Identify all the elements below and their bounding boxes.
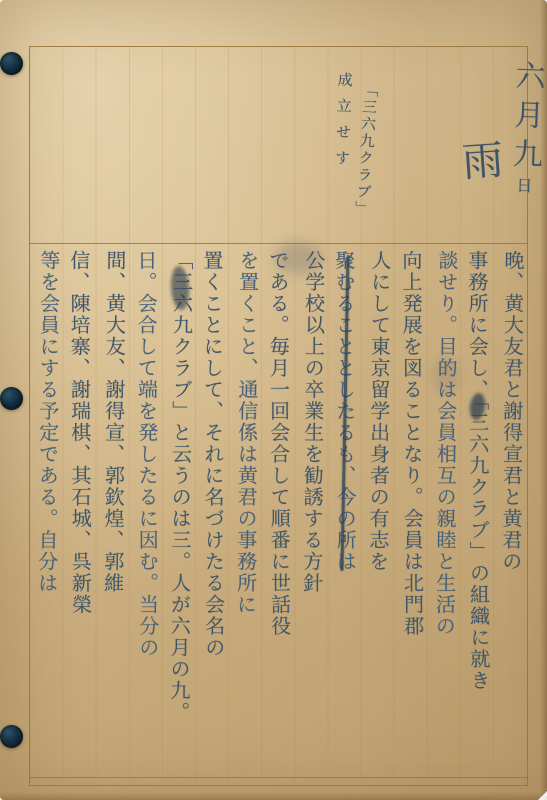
text-column: 事務所に会し、「三六九クラブ」の組織に就き [459, 250, 495, 773]
text-column: 置くことにして、それに名づけたる会名の [194, 250, 230, 773]
diary-page: 六月九日 雨 「三六九クラブ」 成立せす 晚、黄大友君と謝得宣君と黄君の 事務所… [0, 0, 547, 800]
text-column: 信、陳培寨、謝瑞棋、其石城、呉新榮 [62, 250, 98, 773]
text-column: 等を会員にする予定である。自分は [28, 250, 65, 773]
ink-smudge [433, 356, 459, 394]
text-column: 日。会合して端を発したるに因む。当分の [128, 250, 164, 773]
paper-edge-shadow-right [540, 0, 547, 800]
text-column: 公学校以上の卒業生を勧誘する方針 [293, 250, 330, 773]
entry-weather: 雨 [460, 127, 505, 189]
paper-corner-notch [538, 791, 547, 800]
margin-note-text: 成立せす [331, 72, 356, 177]
text-column: 人にして東京留学出身者の有志を [360, 250, 397, 773]
entry-date-day: 日 [512, 177, 536, 194]
binding-hole-top [0, 52, 23, 75]
text-column: である。毎月一回会合して順番に世話役 [261, 250, 297, 773]
text-column: 間、黄大友、謝得宣、郭欽煌、郭維 [95, 250, 132, 773]
text-column: 晚、黄大友君と謝得宣君と黄君の [492, 250, 529, 773]
entry-body: 晚、黄大友君と謝得宣君と黄君の 事務所に会し、「三六九クラブ」の組織に就き 談せ… [30, 244, 527, 777]
text-column: 向上発展を図ることなり。会員は北門郡 [393, 250, 429, 773]
text-column: 「三六九クラブ」と云うのは三。人が六月の九。 [161, 250, 198, 773]
binding-hole-middle [0, 387, 23, 410]
text-column-struck-through: 聚むることとしたるも、今の所は [327, 250, 363, 773]
text-column: を置くこと、通信係は黄君の事務所に [227, 250, 264, 773]
scan-viewport: 六月九日 雨 「三六九クラブ」 成立せす 晚、黄大友君と謝得宣君と黄君の 事務所… [0, 0, 547, 800]
paper-edge-shadow-bottom [0, 792, 547, 800]
pencil-smudge [274, 242, 322, 274]
binding-hole-bottom [0, 725, 23, 748]
text-column: 談せり。目的は会員相互の親睦と生活の [426, 250, 463, 773]
body-bottom-rule [30, 777, 527, 778]
